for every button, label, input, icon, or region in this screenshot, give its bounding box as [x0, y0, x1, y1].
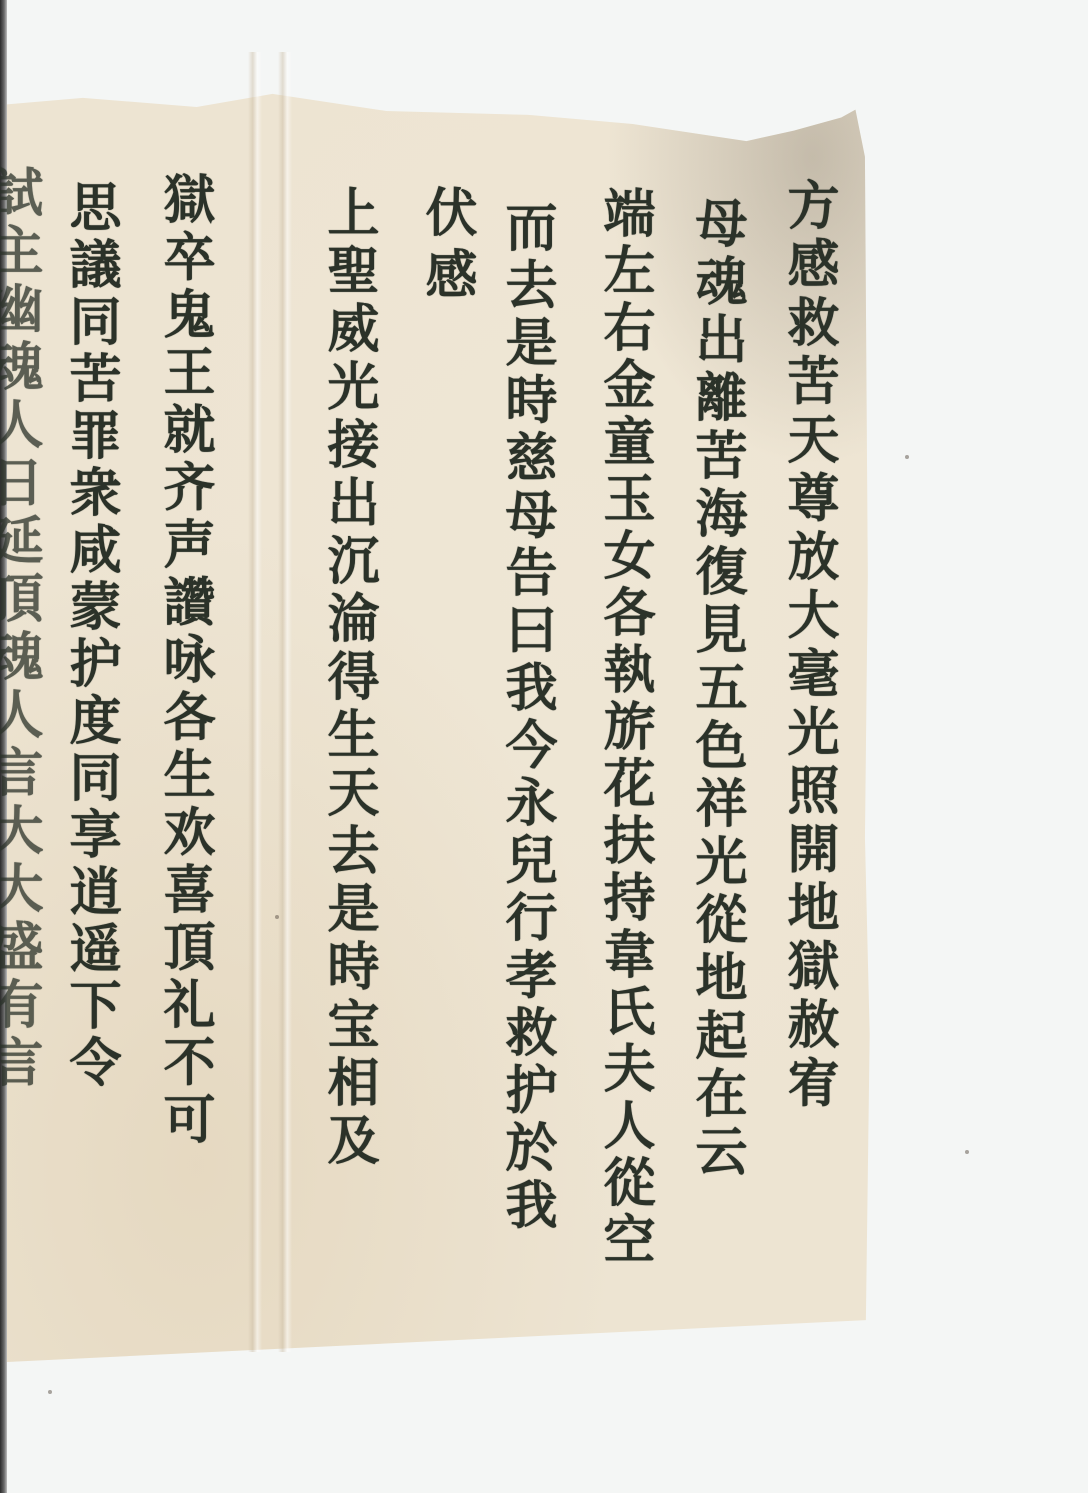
- text-column-7: 獄卒鬼王就齐声讚咏各生欢喜頂礼不可: [158, 172, 210, 1150]
- paper-speck: [48, 1390, 52, 1394]
- paper-speck: [965, 1150, 969, 1154]
- paper-speck: [905, 455, 909, 459]
- text-column-1: 方感救苦天尊放大毫光照開地獄赦宥: [782, 178, 834, 1114]
- text-column-3: 端左右金童玉女各執旂花扶持韋氏夫人從空: [598, 186, 650, 1269]
- text-column-2: 母魂出離苦海復見五色祥光從地起在云: [690, 196, 742, 1182]
- paper-fold: [248, 52, 262, 1352]
- paper-fold: [278, 52, 292, 1352]
- text-column-8: 思議同苦罪衆咸蒙护度同享逍遥下令: [64, 180, 116, 1092]
- paper-speck: [275, 915, 279, 919]
- text-column-4: 而去是時慈母告曰我今永兒行孝救护於我: [500, 200, 552, 1235]
- text-column-9-partial: 試主幽魂人日延頂魂人言大大盛有言: [0, 165, 38, 1093]
- text-column-6: 上聖威光接出沉淪得生天去是時宝相及: [322, 185, 374, 1171]
- text-column-5: 伏感: [420, 185, 472, 309]
